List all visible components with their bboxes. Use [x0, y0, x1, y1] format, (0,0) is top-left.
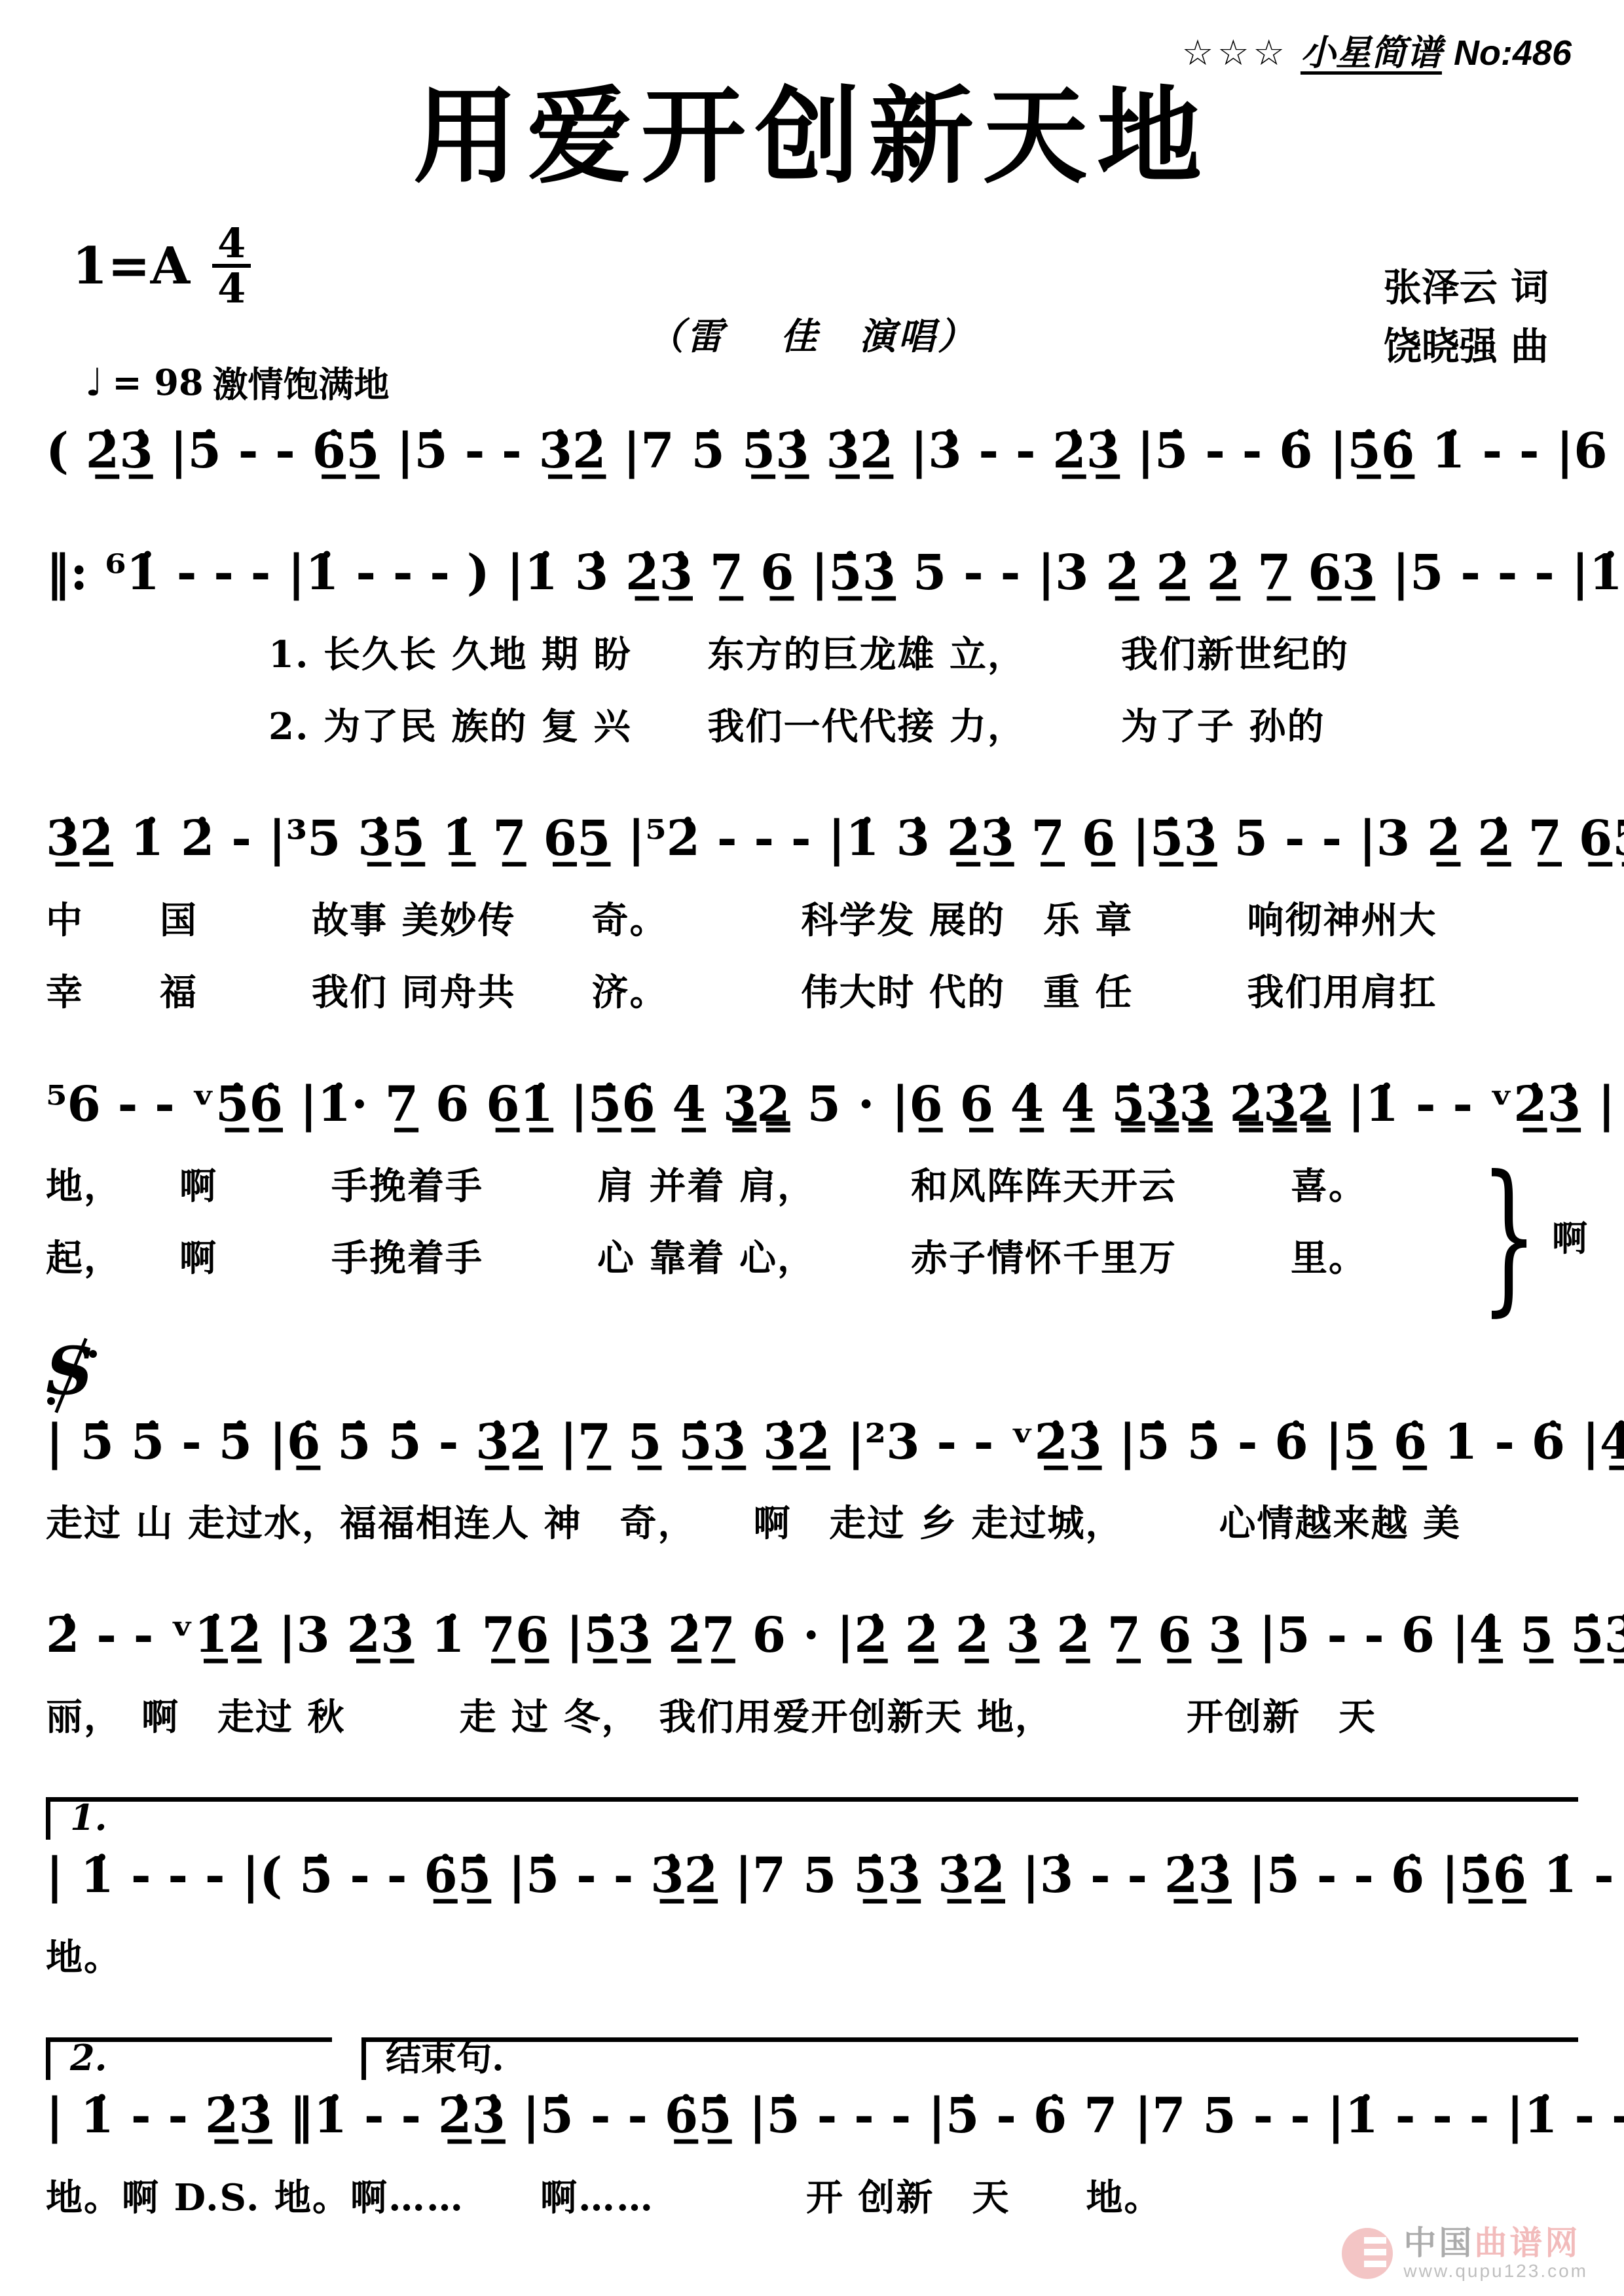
time-signature: 4 4: [212, 223, 251, 309]
measure: 5̇ - - 3̲̇2̲̇ |: [526, 1844, 752, 1909]
watermark: 中国曲谱网 www.qupu123.com: [1342, 2225, 1588, 2282]
ending-bracket: 2.: [46, 2037, 332, 2080]
measure: 7 5 5̲̇3̲̇ 3̲̇2̲̇ |: [752, 1844, 1040, 1909]
measure: 5̇ - - - |: [766, 2084, 946, 2149]
system-2: ‖: ⁶1̇ - - - |1̇ - - - ) |1̇ 3̇ 2̲̇3̲̇ 7…: [46, 541, 1578, 750]
measure: | 1̇ - - 2̲̇3̲̇ ‖: [46, 2084, 314, 2149]
tempo-marking: ♩ = 98 激情饱满地: [85, 357, 390, 407]
measure: 1̇ 3̇ 2̲̇3̲̇ 7̲ 6̲ |: [845, 807, 1150, 872]
measure: ³5 3̲̇5̲̇ 1̲̇ 7̲ 6̲5̲ |: [286, 807, 646, 872]
title-block: ☆☆☆ 小星简谱 No:486 用爱开创新天地 1=A 4 4 （雷 佳 演唱）…: [0, 0, 1624, 419]
system-6: 2̇ - - ᵛ1̲̇2̲̇ |3 2̲̇3̲̇ 1̇ 7̲6̲ |5̲̇3̲̇…: [46, 1603, 1578, 1741]
measure: 7̲ 5̲ 5̲̇3̲̇ 3̲̇2̲̇ |: [578, 1410, 865, 1476]
lyricist-credit: 张泽云 词: [1384, 259, 1549, 318]
measure: ( 5̇ - - 6̲̇5̲̇ |: [259, 1844, 526, 1909]
music-line: | 1̇ - - - |( 5̇ - - 6̲̇5̲̇ |5̇ - - 3̲̇2…: [46, 1844, 1578, 1909]
measure: 3̇ - - 2̲̇3̲̇ |: [928, 419, 1154, 484]
measure: 5̇ - - 6̲̇5̲̇ |: [187, 419, 414, 484]
system-3: 3̲̇2̲̇ 1̇ 2̇ - |³5 3̲̇5̲̇ 1̲̇ 7̲ 6̲5̲ |⁵…: [46, 807, 1578, 1016]
page-title: 用爱开创新天地: [0, 52, 1624, 203]
measure: 1̇ - - - |: [1524, 2084, 1624, 2149]
measure: 7 5̇ 5̲̇3̲̇ 3̲̇2̲̇ |: [640, 419, 928, 484]
system-8: 2.结束句.| 1̇ - - 2̲̇3̲̇ ‖1̇ - - 2̲̇3̲̇ |5̇…: [46, 2037, 1578, 2221]
measure: 1̇· 7̲ 6̲·6̳ 3̲̇ 3̲̇ |: [1589, 541, 1624, 606]
system-5: S| 5̇ 5̇ - 5̇ |6̲̇ 5̇ 5̇ - 3̲̇2̲̇ |7̲ 5̲…: [46, 1338, 1578, 1548]
measure: ‖: ⁶1̇ - - - |: [46, 541, 305, 606]
music-line: ⁵6 - - ᵛ5̲̇6̲̇ |1̇· 7̲ 6 6̲1̲̇ |5̲̇6̲̇ 4…: [46, 1072, 1578, 1138]
qupu-logo-icon: [1342, 2228, 1393, 2279]
measure: 1̇ 3̇ 2̲̇3̲̇ 7̲ 6̲ |: [524, 541, 828, 606]
lyric-line: 2. 为了民 族的 复 兴 我们一代代接 力， 为了子 孙的: [46, 698, 1578, 750]
measure: 1̇ - - - ) |: [305, 541, 524, 606]
ending-bracket: 结束句.: [361, 2037, 1578, 2080]
performer-credit: （雷 佳 演唱）: [0, 308, 1624, 360]
verse-brace: }啊: [1457, 1171, 1587, 1302]
key-signature: 1=A: [72, 236, 190, 296]
quarter-note-icon: ♩: [85, 360, 103, 405]
measure: 5̲̇3̲̇ 5 - - |: [1150, 807, 1376, 872]
tempo-expression: 激情饱满地: [213, 357, 390, 407]
lyric-line: 起， 啊 手挽着手 心 靠着 心， 赤子情怀千里万 里。: [46, 1230, 1578, 1282]
measure: ²3 - - ᵛ2̲̇3̲̇ |: [865, 1410, 1137, 1476]
brace-lyric: 啊: [1552, 1211, 1587, 1261]
measure: 3̇ - - 2̲̇3̲̇ |: [1040, 1844, 1266, 1909]
lyric-line: 丽， 啊 走过 秋 走 过 冬， 我们用爱开创新天 地， 开创新 天: [46, 1688, 1578, 1741]
sheet-music-page: { "header": { "stars": "☆☆☆", "brand": "…: [0, 0, 1624, 2296]
watermark-url: www.qupu123.com: [1403, 2261, 1588, 2282]
measure: 5̲̇6̲̇ 1̇ - - |: [1459, 1844, 1624, 1909]
measure: 5̲̇3̲̇ 5 - - |: [828, 541, 1055, 606]
measure: 6̲̇ 5̇ 5̇ - 3̲̇2̲̇ |: [287, 1410, 578, 1476]
lyric-line: 地。啊 D.S. 地。啊…… 啊…… 开 创新 天 地。: [46, 2169, 1578, 2221]
ending-bracket: 1.: [46, 1797, 1578, 1840]
measure: 6̲ 6̲ 4̲̇ 4̲̇ 5̳̇3̳̇3̳̇ 2̳̇3̳̇2̳̇ |: [909, 1072, 1365, 1138]
lyric-line: 中 国 故事 美妙传 奇。 科学发 展的 乐 章 响彻神州大: [46, 892, 1578, 944]
music-line: | 1̇ - - 2̲̇3̲̇ ‖1̇ - - 2̲̇3̲̇ |5̇ - - 6…: [46, 2084, 1578, 2149]
measure: | 1̇ - - - |: [46, 1844, 259, 1909]
measure: 6 4̇4̲̇ 3̇ 5̲̇ |: [1574, 419, 1624, 484]
measure: 5̇ - - 6̇ |: [1266, 1844, 1459, 1909]
measure: 7 5 - - |: [1152, 2084, 1344, 2149]
measure: 3 2̲̇ 2̲̇ 2̲̇ 7̲ 6̲3̲ |: [1055, 541, 1410, 606]
measure: 3 2̲̇ 2̲̇ 7̲ 6̲5̲ |: [1376, 807, 1624, 872]
system-7: 1.| 1̇ - - - |( 5̇ - - 6̲̇5̲̇ |5̇ - - 3̲…: [46, 1797, 1578, 1981]
music-line: 3̲̇2̲̇ 1̇ 2̇ - |³5 3̲̇5̲̇ 1̲̇ 7̲ 6̲5̲ |⁵…: [46, 807, 1578, 872]
measure: 3 2̲̇3̲̇ 1̇ 7̲6̲ |: [296, 1603, 583, 1669]
composer-credit: 饶晓强 曲: [1384, 318, 1549, 376]
time-numerator: 4: [212, 223, 251, 268]
measure: 5̲̇6̲̇ 1̇ - - |: [1347, 419, 1574, 484]
measure: 5̲̇6̲̇ 4̲ 3̳2̳ 5 · |: [588, 1072, 909, 1138]
measure: ( 2̲̇3̲̇ |: [46, 419, 187, 484]
measure: | 5̇ 5̇ - 5̇ |: [46, 1410, 287, 1476]
ending-brackets: 1.: [46, 1797, 1578, 1840]
measure: 2̲̇ 2̲̇ 2̲̇ 3̲̇ 2̲̇ 7̲ 6̲ 3̲ |: [854, 1603, 1276, 1669]
measure: 5̇ - - 3̲̇2̲̇ |: [414, 419, 640, 484]
measure: 5̇ - - 6̲̇5̲̇ |: [540, 2084, 767, 2149]
measure: 4̲̇4̲̇ 4̲̇4̲̇ 3̲̇2̲̇ 3̲̇5̲̇ |: [1600, 1410, 1624, 1476]
system-1: ( 2̲̇3̲̇ |5̇ - - 6̲̇5̲̇ |5̇ - - 3̲̇2̲̇ |…: [46, 419, 1578, 484]
measure: 1̇ - - - |: [1345, 2084, 1524, 2149]
measure: 1̇· 7̲ 6 6̲1̲̇ |: [318, 1072, 588, 1138]
measure: 1̇ - - 2̲̇3̲̇ |: [314, 2084, 540, 2149]
segno-icon: S: [46, 1338, 98, 1417]
tempo-value: = 98: [112, 361, 203, 403]
measure: ⁵2̇ - - - |: [645, 807, 845, 872]
lyric-line: 地。: [46, 1929, 1578, 1981]
lyric-line: 1. 长久长 久地 期 盼 东方的巨龙雄 立， 我们新世纪的: [46, 626, 1578, 678]
lyric-line: 幸 福 我们 同舟共 济。 伟大时 代的 重 任 我们用肩扛: [46, 964, 1578, 1016]
measure: 5̲̇3̲̇ 2̲̇7̲ 6 · |: [583, 1603, 854, 1669]
score: ( 2̲̇3̲̇ |5̇ - - 6̲̇5̲̇ |5̇ - - 3̲̇2̲̇ |…: [46, 419, 1578, 2221]
measure: 5̇ - - 6̇ |: [1154, 419, 1347, 484]
music-line: | 5̇ 5̇ - 5̇ |6̲̇ 5̇ 5̇ - 3̲̇2̲̇ |7̲ 5̲ …: [46, 1410, 1578, 1476]
measure: 2̇ - - ᵛ1̲̇2̲̇ |: [46, 1603, 296, 1669]
measure: ⁵6 - - ᵛ5̲̇6̲̇ |: [46, 1072, 318, 1138]
music-line: ‖: ⁶1̇ - - - |1̇ - - - ) |1̇ 3̇ 2̲̇3̲̇ 7…: [46, 541, 1578, 606]
credits: 张泽云 词 饶晓强 曲: [1384, 259, 1549, 376]
music-line: ( 2̲̇3̲̇ |5̇ - - 6̲̇5̲̇ |5̇ - - 3̲̇2̲̇ |…: [46, 419, 1578, 484]
measure: 5̇ 5̇ - 6̇ |: [1136, 1410, 1342, 1476]
lyric-line: 走过 山 走过水，福福相连人 神 奇， 啊 走过 乡 走过城， 心情越来越 美: [46, 1495, 1578, 1547]
time-denominator: 4: [217, 268, 246, 309]
measure: 5 - - 6 |: [1276, 1603, 1469, 1669]
brace-icon: }: [1481, 1171, 1538, 1302]
ending-brackets: 2.结束句.: [46, 2037, 1578, 2080]
measure: 5̲̇ 6̲̇ 1 - 6̇ |: [1342, 1410, 1599, 1476]
lyric-line: 地， 啊 手挽着手 肩 并着 肩， 和风阵阵天开云 喜。: [46, 1157, 1578, 1210]
measure: 3̲̇2̲̇ 1̇ 2̇ - |: [46, 807, 286, 872]
watermark-name: 中国曲谱网: [1403, 2225, 1588, 2261]
system-4: ⁵6 - - ᵛ5̲̇6̲̇ |1̇· 7̲ 6 6̲1̲̇ |5̲̇6̲̇ 4…: [46, 1072, 1578, 1282]
measure: 1̇ - - ᵛ2̲̇3̲̇ |: [1365, 1072, 1615, 1138]
measure: 5̇ - 6̇ 7 |: [946, 2084, 1152, 2149]
key-time-signature: 1=A 4 4: [72, 223, 251, 309]
measure: 5 - - - |: [1410, 541, 1589, 606]
music-line: 2̇ - - ᵛ1̲̇2̲̇ |3 2̲̇3̲̇ 1̇ 7̲6̲ |5̲̇3̲̇…: [46, 1603, 1578, 1669]
measure: 4̲̇ 5̲ 5̲̇3̲̇ 2̳̇3̳̇2̳̇ |: [1469, 1603, 1624, 1669]
